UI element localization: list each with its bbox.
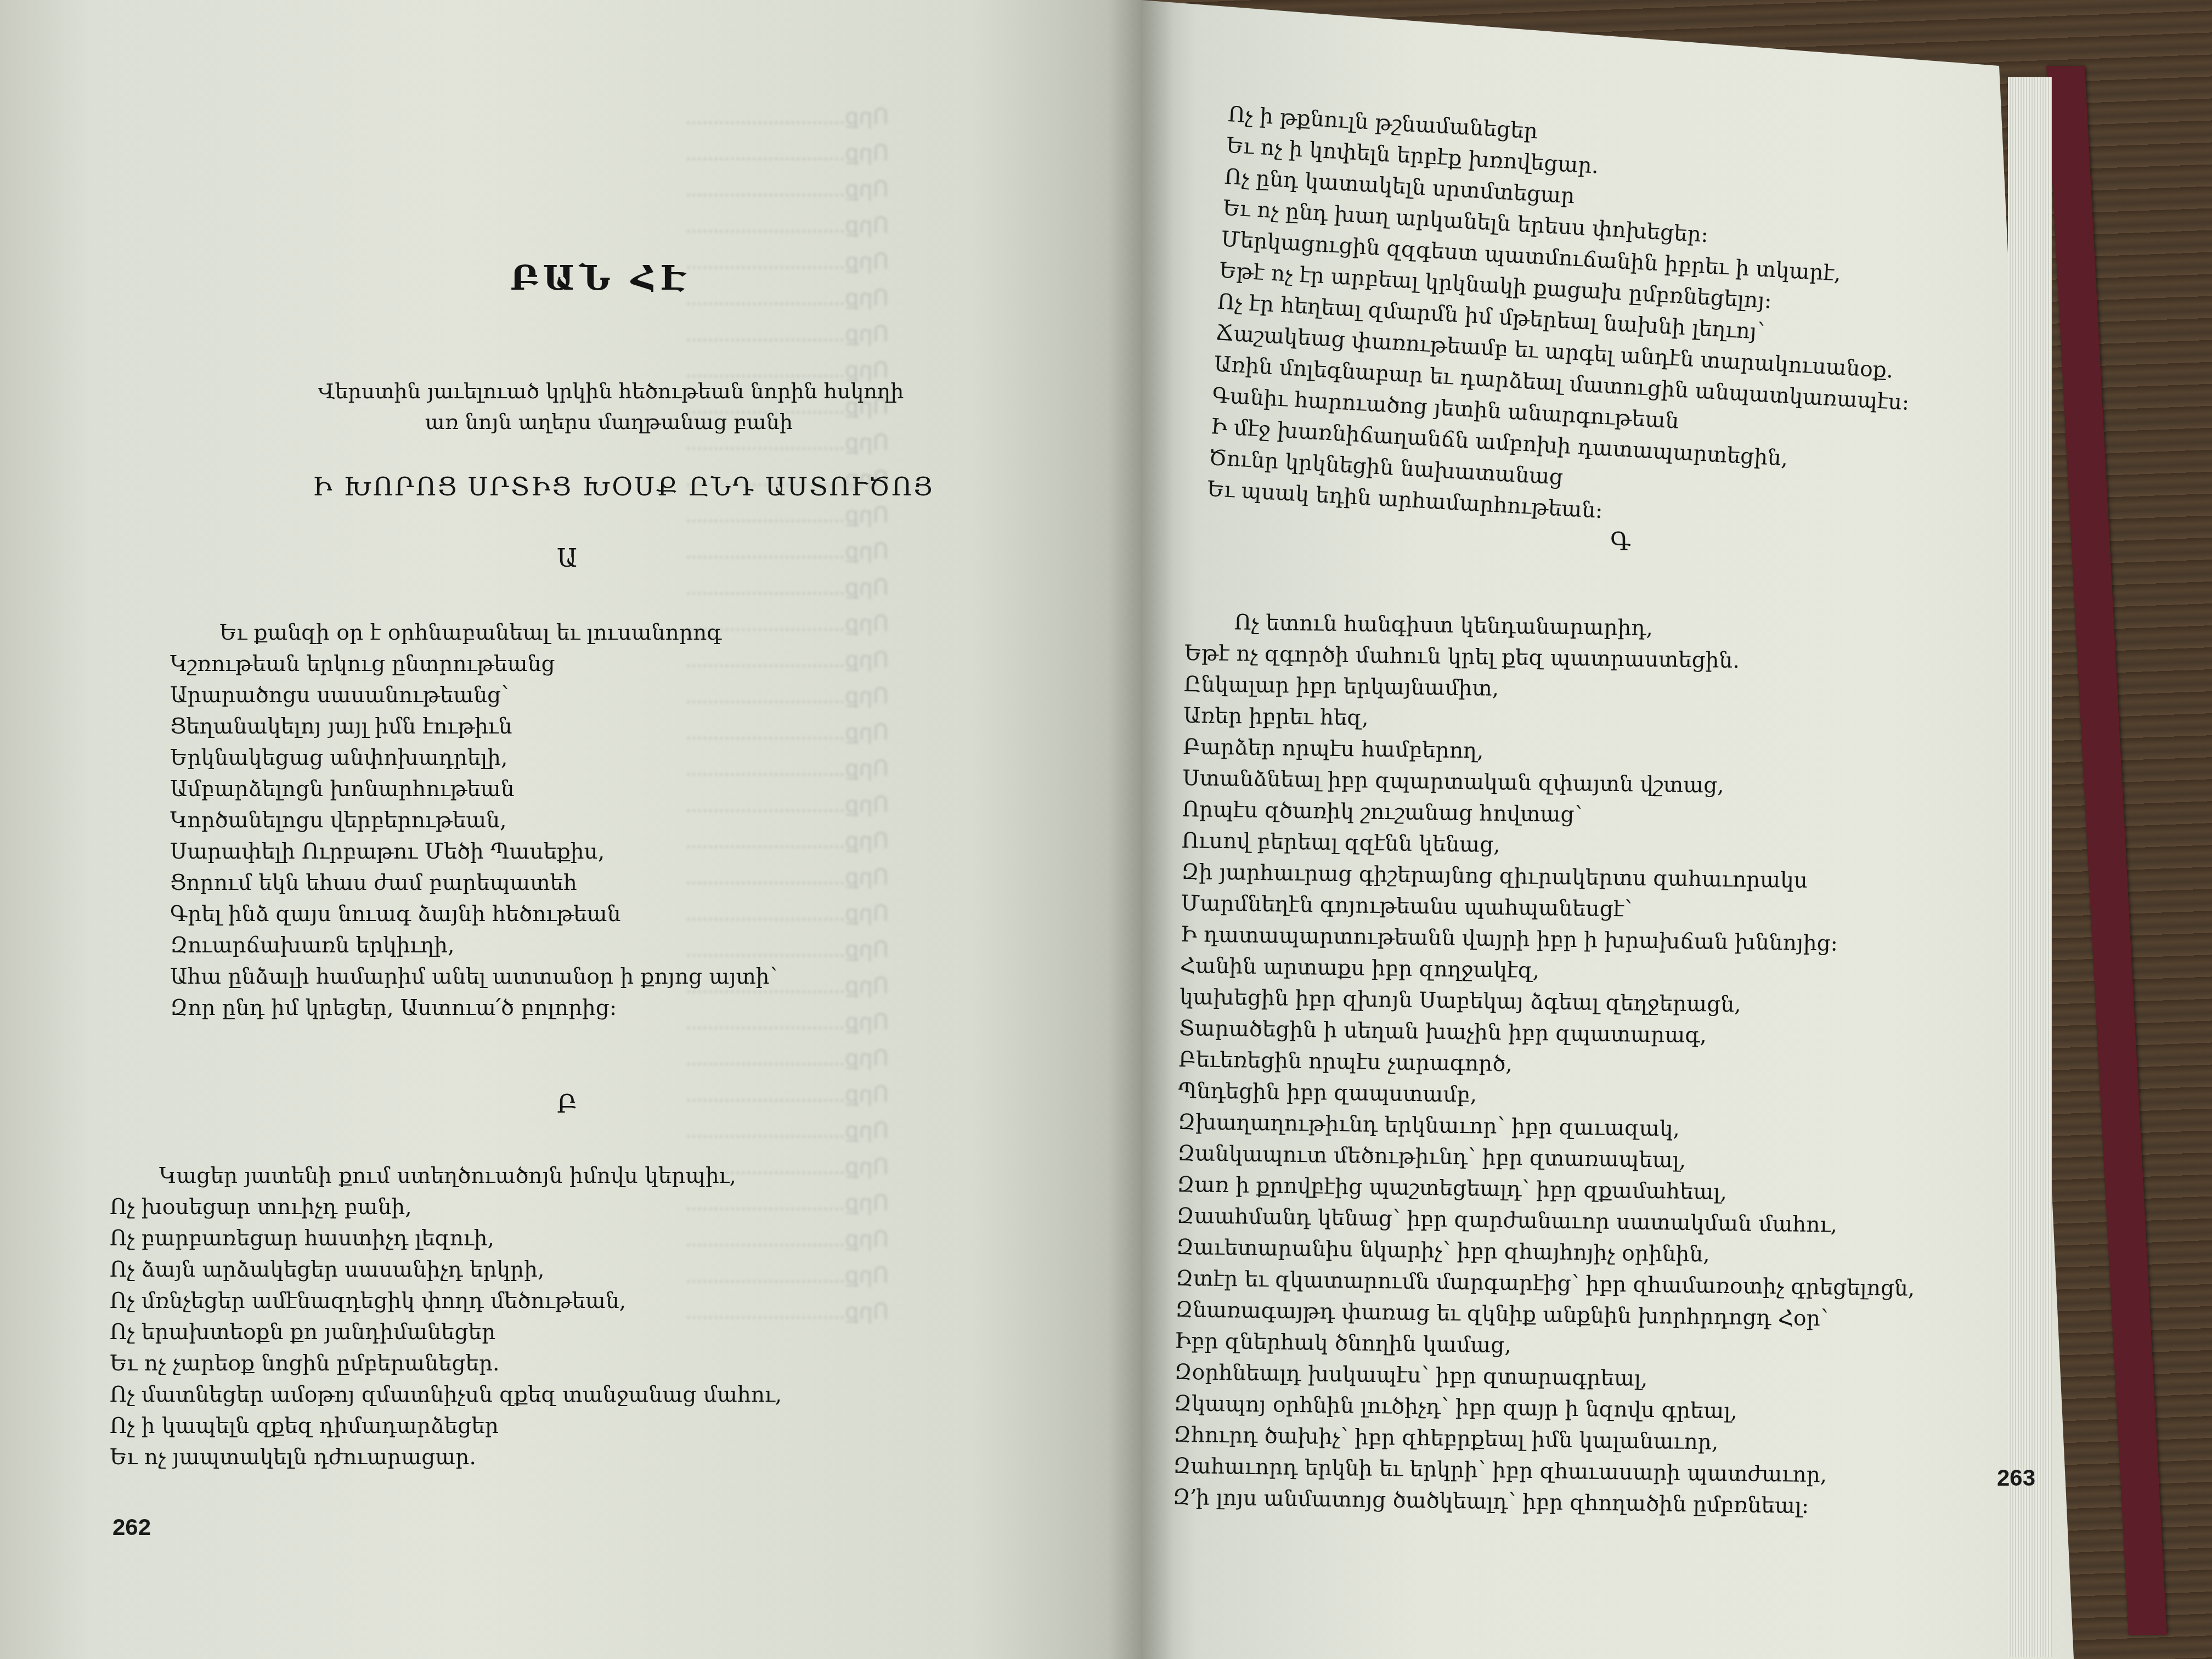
section-letter-a: Ա	[557, 543, 577, 573]
poem-subtitle: Վերստին յաւելուած կրկին հեծութեան նորին …	[318, 376, 900, 437]
poem-line: Գրել ինձ զայս նուագ ձայնի հեծութեան	[170, 899, 777, 930]
section-letter-g: Գ	[1610, 527, 1631, 556]
poem-line: Ոչ երախտեօքն քո յանդիմանեցեր	[110, 1317, 782, 1348]
book-cover-edge	[2046, 66, 2167, 1635]
poem-line: Զոր ընդ իմ կրեցեր, Աստուա՛ծ բոլորից:	[170, 992, 777, 1024]
poem-line: Ոչ մատնեցեր ամօթոյ զմատնիչսն զքեզ տանջան…	[110, 1379, 782, 1410]
subtitle-line: առ նոյն աղերս մաղթանաց բանի	[318, 407, 900, 437]
poem-line: Կշռութեան երկուց ընտրութեանց	[170, 648, 777, 680]
stanza-b: Կացեր յատենի քում ստեղծուածոյն իմովս կեր…	[110, 1160, 782, 1473]
page-stack-edge	[2008, 77, 2052, 1657]
poem-line: Կացեր յատենի քում ստեղծուածոյն իմովս կեր…	[110, 1160, 782, 1192]
subtitle-line: Վերստին յաւելուած կրկին հեծութեան նորին …	[318, 376, 900, 407]
poem-line: Եւ քանզի օր է օրհնաբանեալ եւ լուսանորոգ	[170, 617, 777, 648]
book-gutter	[1108, 0, 1174, 1659]
poem-line: Սարափելի Ուրբաթու Մեծի Պասեքիս,	[170, 836, 777, 867]
poem-line: Ցեղանակելոյ յայլ իմն էութիւն	[170, 711, 777, 742]
poem-line: Ոչ մռնչեցեր ամէնազդեցիկ փողդ մեծութեան,	[110, 1285, 782, 1317]
page-number-left: 262	[112, 1514, 151, 1541]
poem-line: Երկնակեցաց անփոխադրելի,	[170, 742, 777, 774]
poem-line: Եւ ոչ յապտակելն դժուարացար.	[110, 1442, 782, 1473]
poem-line: Եւ ոչ չարեօք նոցին ըմբերանեցեր.	[110, 1348, 782, 1379]
poem-line: Ոչ ի կապելն զքեզ դիմադարձեցեր	[110, 1410, 782, 1442]
stanza-g: Ոչ ետուն հանգիստ կենդանարարիդ, Եթէ ոչ զգ…	[1172, 606, 1924, 1523]
poem-line: Ոչ խօսեցար տուիչդ բանի,	[110, 1192, 782, 1223]
poem-line: Ամբարձելոցն խոնարհութեան	[170, 774, 777, 805]
right-page-continuation: Ոչ ի թքնուլն թշնամանեցեր Եւ ոչ ի կոփելն …	[1206, 99, 1924, 544]
stanza-a: Եւ քանզի օր է օրհնաբանեալ եւ լուսանորոգ …	[170, 617, 777, 1024]
page-number-right: 263	[1997, 1465, 2035, 1491]
poem-line: Ցորում եկն եհաս ժամ բարեպատեհ	[170, 867, 777, 899]
poem-title: ԲԱՆ ՀԷ	[510, 258, 690, 298]
poem-heading: Ի ԽՈՐՈՑ ՍՐՏԻՑ ԽՕՍՔ ԸՆԴ ԱՍՏՈՒԾՈՅ	[313, 472, 934, 501]
poem-line: Ահա ընձալի համարիմ անել ատտանօր ի քոյոց …	[170, 961, 777, 992]
section-letter-b: Բ	[557, 1089, 577, 1119]
poem-line: Զուարճախառն երկիւղի,	[170, 930, 777, 961]
poem-line: Արարածոցս սասանութեանց՝	[170, 680, 777, 711]
poem-line: Ոչ բարբառեցար հաստիչդ լեզուի,	[110, 1223, 782, 1254]
poem-line: Կործանելոցս վերբերութեան,	[170, 805, 777, 836]
open-book: Որք............................. Որք....…	[0, 0, 2212, 1659]
poem-line: Ոչ ձայն արձակեցեր սասանիչդ երկրի,	[110, 1254, 782, 1285]
